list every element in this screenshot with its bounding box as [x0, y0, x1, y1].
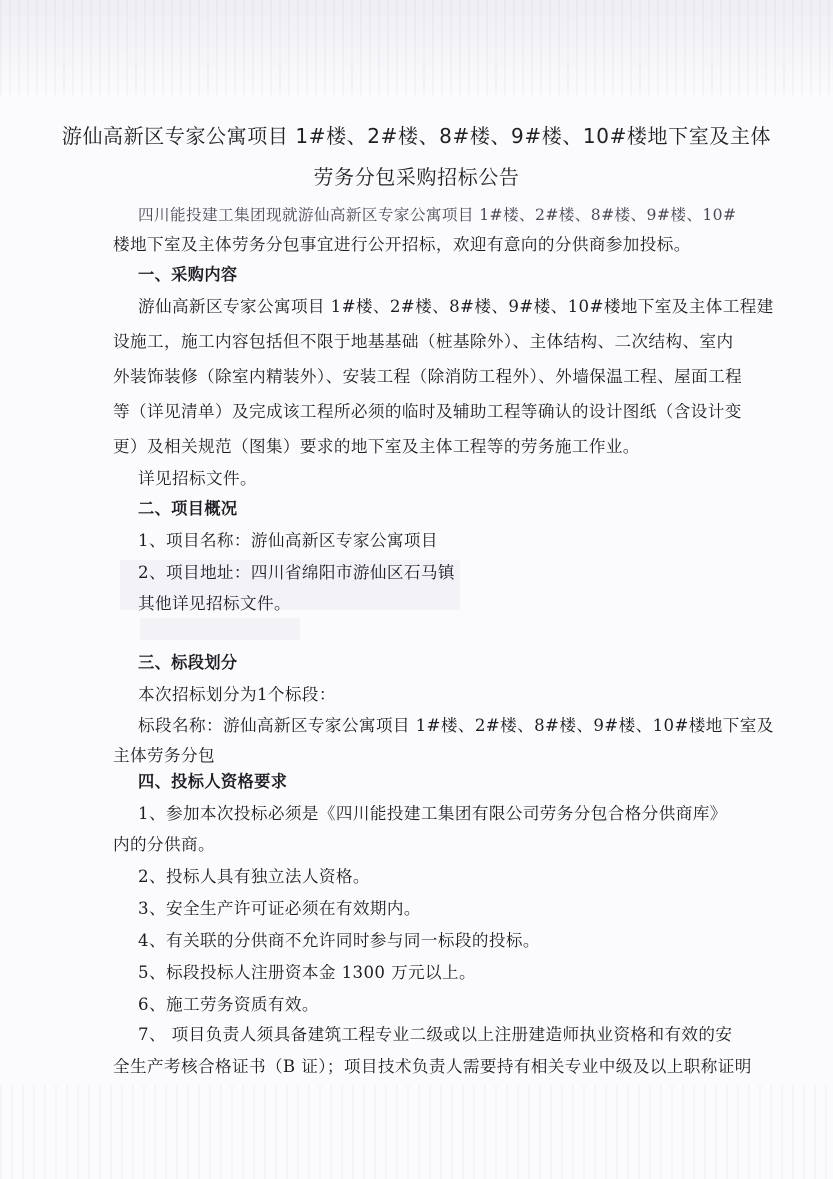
- intro-paragraph-line: 楼地下室及主体劳务分包事宜进行公开招标，欢迎有意向的分供商参加投标。: [113, 234, 691, 256]
- qualification-item: 1、参加本次投标必须是《四川能投建工集团有限公司劳务分包合格分供商库》: [138, 803, 727, 825]
- qualification-item: 6、施工劳务资质有效。: [138, 994, 319, 1016]
- section-text-line: 更）及相关规范（图集）要求的地下室及主体工程等的劳务施工作业。: [113, 436, 640, 458]
- project-name-line: 1、项目名称：游仙高新区专家公寓项目: [138, 530, 438, 552]
- intro-paragraph-line: 四川能投建工集团现就游仙高新区专家公寓项目 1#楼、2#楼、8#楼、9#楼、10…: [138, 204, 736, 226]
- qualification-item: 5、标段投标人注册资本金 1300 万元以上。: [138, 962, 476, 984]
- qualification-item: 7、 项目负责人须具备建筑工程专业二级或以上注册建造师执业资格和有效的安: [138, 1024, 732, 1046]
- qualification-item: 2、投标人具有独立法人资格。: [138, 866, 370, 888]
- section-text-line: 其他详见招标文件。: [138, 593, 291, 615]
- qualification-item: 内的分供商。: [113, 834, 215, 856]
- section-text-line: 详见招标文件。: [138, 468, 257, 490]
- section-heading-lot-division: 三、标段划分: [138, 652, 238, 674]
- project-address-line: 2、项目地址：四川省绵阳市游仙区石马镇: [138, 562, 455, 584]
- scan-artifact-top: [0, 0, 833, 95]
- section-text-line: 等（详见清单）及完成该工程所必须的临时及辅助工程等确认的设计图纸（含设计变: [113, 401, 742, 423]
- section-text-line: 游仙高新区专家公寓项目 1#楼、2#楼、8#楼、9#楼、10#楼地下室及主体工程…: [138, 296, 774, 318]
- section-heading-project-overview: 二、项目概况: [138, 498, 238, 520]
- scan-artifact-bottom: [0, 1085, 833, 1179]
- document-title-line-2: 劳务分包采购招标公告: [0, 161, 833, 190]
- qualification-item: 4、有关联的分供商不允许同时参与同一标段的投标。: [138, 930, 540, 952]
- document-title-line-1: 游仙高新区专家公寓项目 1#楼、2#楼、8#楼、9#楼、10#楼地下室及主体: [0, 120, 833, 149]
- section-text-line: 外装饰装修（除室内精装外）、安装工程（除消防工程外）、外墙保温工程、屋面工程: [113, 366, 742, 388]
- lot-name-line: 主体劳务分包: [113, 745, 215, 767]
- section-heading-bidder-qualifications: 四、投标人资格要求: [138, 771, 287, 793]
- qualification-item: 全生产考核合格证书（B 证）；项目技术负责人需要持有相关专业中级及以上职称证明: [113, 1056, 752, 1078]
- qualification-item: 3、安全生产许可证必须在有效期内。: [138, 898, 421, 920]
- section-heading-procurement: 一、采购内容: [138, 264, 238, 286]
- section-text-line: 设施工，施工内容包括但不限于地基基础（桩基除外）、主体结构、二次结构、室内: [113, 331, 733, 353]
- lot-name-line: 标段名称：游仙高新区专家公寓项目 1#楼、2#楼、8#楼、9#楼、10#楼地下室…: [138, 715, 774, 737]
- section-text-line: 本次招标划分为1个标段：: [138, 684, 336, 706]
- scan-shade: [140, 618, 300, 640]
